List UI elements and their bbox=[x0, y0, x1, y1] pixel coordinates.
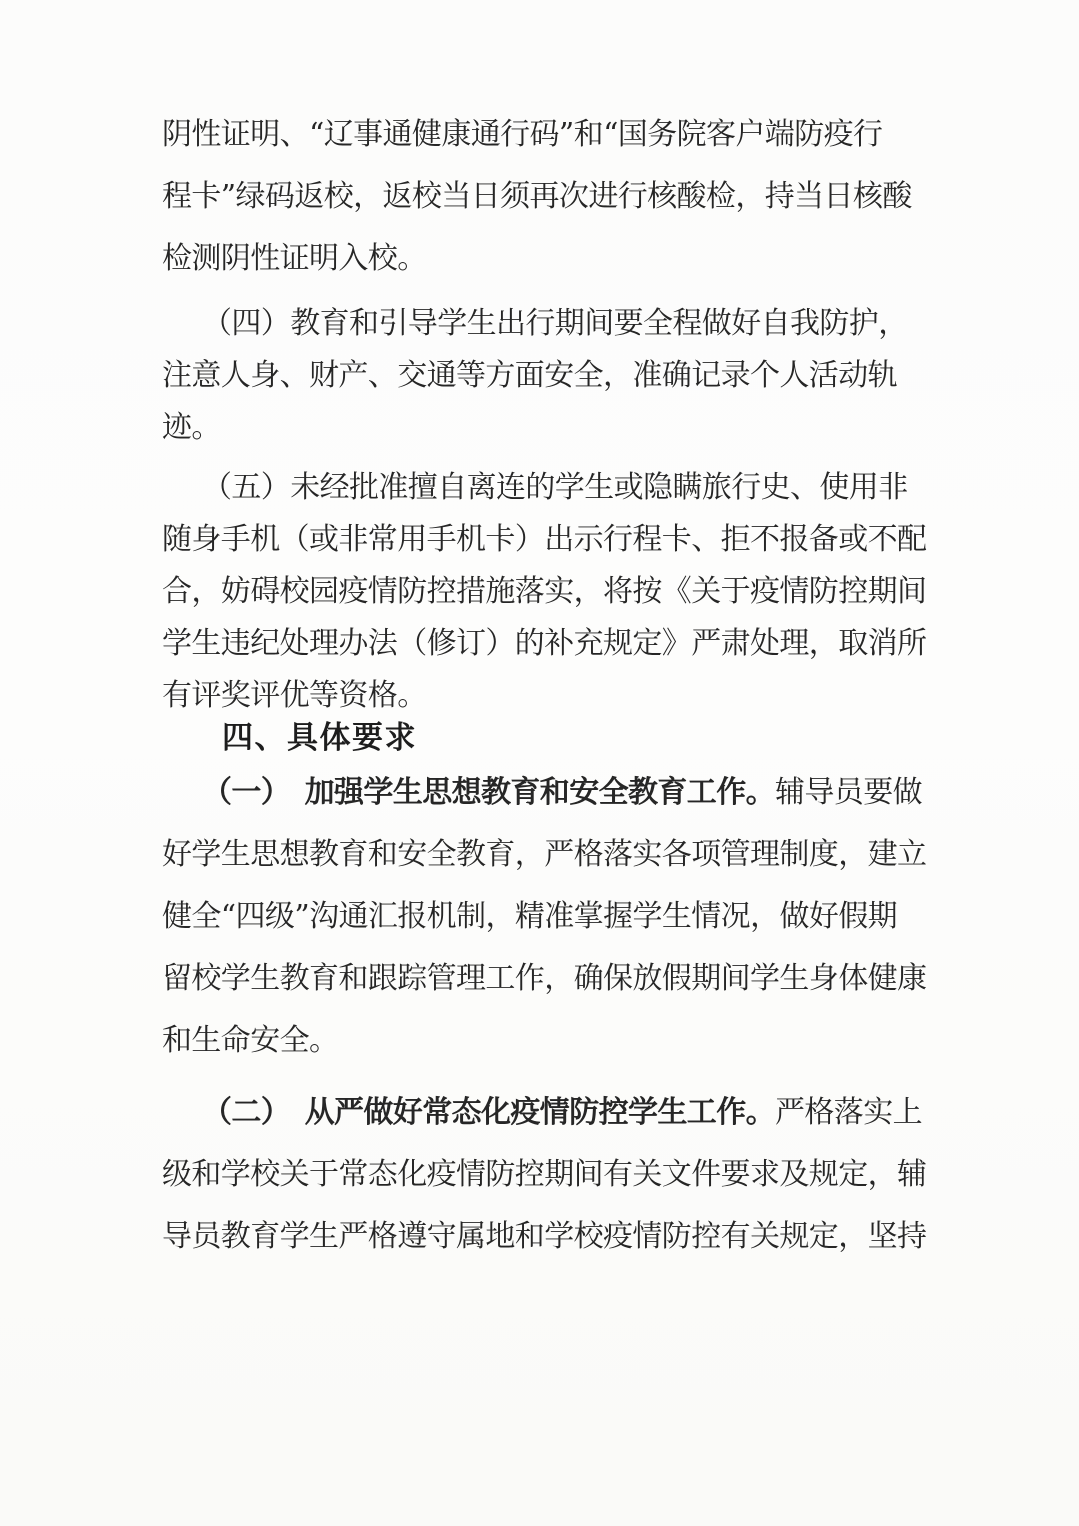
text-line: 导员教育学生严格遵守属地和学校疫情防控有关规定，坚持 bbox=[162, 1206, 937, 1268]
para-sub-1: （一） 加强学生思想教育和安全教育工作。辅导员要做好学生思想教育和安全教育，严格… bbox=[162, 762, 937, 1072]
text-line: 迹。 bbox=[162, 402, 937, 454]
text-line: 程卡”绿码返校，返校当日须再次进行核酸检，持当日核酸 bbox=[162, 166, 937, 228]
bold-lead-text: （一） 加强学生思想教育和安全教育工作。 bbox=[202, 775, 775, 810]
para-item-4: （四）教育和引导学生出行期间要全程做好自我防护，注意人身、财产、交通等方面安全，… bbox=[162, 298, 937, 454]
text-line: 和生命安全。 bbox=[162, 1010, 937, 1072]
text-line: 检测阴性证明入校。 bbox=[162, 228, 937, 290]
bold-lead-text: （二） 从严做好常态化疫情防控学生工作。 bbox=[202, 1095, 775, 1130]
section-heading-specific-requirements: 四、具体要求 bbox=[162, 714, 937, 762]
document-content: 阴性证明、“辽事通健康通行码”和“国务院客户端防疫行程卡”绿码返校，返校当日须再… bbox=[162, 104, 937, 1268]
text-line: 好学生思想教育和安全教育，严格落实各项管理制度，建立 bbox=[162, 824, 937, 886]
text-line: 学生违纪处理办法（修订）的补充规定》严肃处理，取消所 bbox=[162, 618, 937, 670]
text-line: 健全“四级”沟通汇报机制，精准掌握学生情况，做好假期 bbox=[162, 886, 937, 948]
text-line: 随身手机（或非常用手机卡）出示行程卡、拒不报备或不配 bbox=[162, 514, 937, 566]
text-line: （二） 从严做好常态化疫情防控学生工作。严格落实上 bbox=[162, 1082, 937, 1144]
para-item-5: （五）未经批准擅自离连的学生或隐瞒旅行史、使用非随身手机（或非常用手机卡）出示行… bbox=[162, 462, 937, 722]
text-line: 合，妨碍校园疫情防控措施落实，将按《关于疫情防控期间 bbox=[162, 566, 937, 618]
text-line: 级和学校关于常态化疫情防控期间有关文件要求及规定，辅 bbox=[162, 1144, 937, 1206]
text-line: 阴性证明、“辽事通健康通行码”和“国务院客户端防疫行 bbox=[162, 104, 937, 166]
text-line: （五）未经批准擅自离连的学生或隐瞒旅行史、使用非 bbox=[162, 462, 937, 514]
para-sub-2: （二） 从严做好常态化疫情防控学生工作。严格落实上级和学校关于常态化疫情防控期间… bbox=[162, 1082, 937, 1268]
document-page: 阴性证明、“辽事通健康通行码”和“国务院客户端防疫行程卡”绿码返校，返校当日须再… bbox=[0, 0, 1079, 1526]
text-line: （四）教育和引导学生出行期间要全程做好自我防护， bbox=[162, 298, 937, 350]
text-line: 注意人身、财产、交通等方面安全，准确记录个人活动轨 bbox=[162, 350, 937, 402]
text-line: 留校学生教育和跟踪管理工作，确保放假期间学生身体健康 bbox=[162, 948, 937, 1010]
text-line: （一） 加强学生思想教育和安全教育工作。辅导员要做 bbox=[162, 762, 937, 824]
para-carryover: 阴性证明、“辽事通健康通行码”和“国务院客户端防疫行程卡”绿码返校，返校当日须再… bbox=[162, 104, 937, 290]
